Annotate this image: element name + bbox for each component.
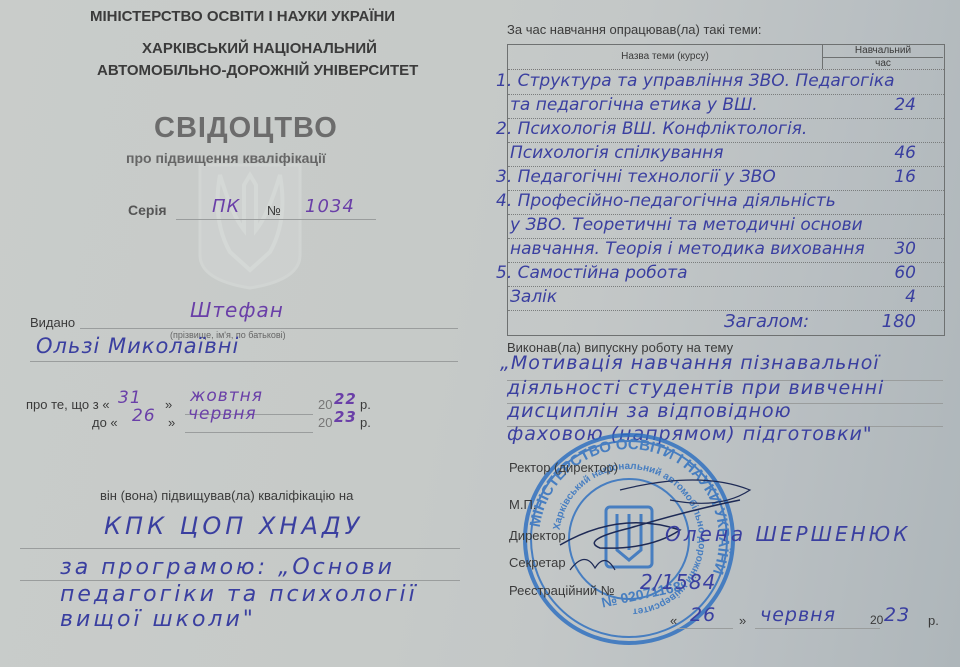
table-row-hours: 30 bbox=[894, 239, 916, 259]
rector-label: Ректор (директор) bbox=[509, 460, 618, 475]
to-day: 26 bbox=[132, 406, 156, 426]
series-label: Серія bbox=[128, 202, 167, 218]
thesis-line2: діяльності студентів при вивченні bbox=[507, 377, 884, 399]
issue-year-suffix: р. bbox=[928, 613, 939, 628]
table-row-hours: 60 bbox=[894, 263, 916, 283]
table-row-topic: навчання. Теорія і методика виховання bbox=[510, 239, 865, 259]
table-row-topic: у ЗВО. Теоретичні та методичні основи bbox=[510, 215, 863, 235]
issue-quote-open: « bbox=[670, 613, 677, 628]
to-year-suffix: р. bbox=[360, 415, 371, 430]
university-name-line1: ХАРКІВСЬКИЙ НАЦІОНАЛЬНИЙ bbox=[142, 40, 377, 57]
issue-month: червня bbox=[760, 604, 836, 626]
from-year: 22 bbox=[334, 390, 357, 408]
registration-value: 2/1584 bbox=[640, 570, 716, 594]
table-row-topic: 5. Самостійна робота bbox=[496, 263, 688, 283]
table-header: Назва теми (курсу) Навчальний час bbox=[508, 45, 944, 70]
col-hours-header-line2: час bbox=[823, 58, 943, 69]
certificate: МІНІСТЕРСТВО ОСВІТИ І НАУКИ УКРАЇНИ ХАРК… bbox=[0, 0, 960, 667]
issue-year: 23 bbox=[884, 604, 910, 626]
col-topic-header: Назва теми (курсу) bbox=[508, 45, 823, 69]
to-year-prefix: 20 bbox=[318, 415, 332, 430]
qualification-program-line2: педагогіки та психології bbox=[60, 582, 418, 607]
to-label: до « bbox=[92, 415, 118, 430]
to-quote-close: » bbox=[168, 415, 175, 430]
thesis-line1: „Мотивація навчання пізнавальної bbox=[500, 352, 880, 374]
qualification-program-line3: вищої школи" bbox=[60, 607, 256, 632]
total-hours: 180 bbox=[882, 311, 916, 332]
issued-label: Видано bbox=[30, 315, 75, 330]
issue-day: 26 bbox=[690, 604, 716, 626]
surname-value: Штефан bbox=[190, 298, 284, 322]
table-row-topic: 1. Структура та управління ЗВО. Педагогі… bbox=[496, 71, 895, 91]
table-row-topic: 4. Професійно-педагогічна діяльність bbox=[496, 191, 836, 211]
table-row-divider bbox=[508, 286, 944, 287]
table-row-hours: 46 bbox=[894, 143, 916, 163]
col-hours-header-line1: Навчальний bbox=[823, 45, 943, 58]
table-row-topic: 2. Психологія ВШ. Конфліктологія. bbox=[496, 119, 807, 139]
table-row-hours: 4 bbox=[905, 287, 916, 307]
topics-intro: За час навчання опрацював(ла) такі теми: bbox=[507, 22, 762, 37]
from-day: 31 bbox=[118, 388, 142, 408]
given-names-value: Ользі Миколаївні bbox=[36, 334, 239, 358]
director-name: Олена ШЕРШЕНЮК bbox=[665, 522, 910, 546]
table-row-topic: Психологія спілкування bbox=[510, 143, 723, 163]
table-row-topic: Залік bbox=[510, 287, 557, 307]
secretary-label: Секретар bbox=[509, 555, 566, 570]
number-label: № bbox=[267, 203, 281, 218]
table-row-topic: 3. Педагогічні технології у ЗВО bbox=[496, 167, 776, 187]
table-row-hours: 16 bbox=[894, 167, 916, 187]
qualification-institution: КПК ЦОП ХНАДУ bbox=[104, 512, 363, 540]
series-value: ПК bbox=[212, 196, 240, 217]
coat-of-arms-watermark-icon bbox=[190, 160, 310, 290]
from-year-prefix: 20 bbox=[318, 397, 332, 412]
issue-quote-close: » bbox=[739, 613, 746, 628]
ministry-heading: МІНІСТЕРСТВО ОСВІТИ І НАУКИ УКРАЇНИ bbox=[90, 8, 395, 25]
to-month: червня bbox=[188, 404, 257, 424]
from-label: про те, що з « bbox=[26, 397, 110, 412]
number-value: 1034 bbox=[305, 196, 355, 217]
director-label: Директор bbox=[509, 528, 566, 543]
from-quote-close: » bbox=[165, 397, 172, 412]
registration-label: Реєстраційний № bbox=[509, 583, 615, 598]
to-year: 23 bbox=[334, 408, 357, 426]
document-subtitle: про підвищення кваліфікації bbox=[126, 150, 326, 166]
from-year-suffix: р. bbox=[360, 397, 371, 412]
document-title: СВІДОЦТВО bbox=[154, 112, 338, 145]
from-month: жовтня bbox=[190, 386, 263, 406]
total-label: Загалом: bbox=[724, 311, 809, 332]
university-name-line2: АВТОМОБІЛЬНО-ДОРОЖНІЙ УНІВЕРСИТЕТ bbox=[97, 62, 418, 79]
topics-table: Назва теми (курсу) Навчальний час 1. Стр… bbox=[507, 44, 945, 336]
col-hours-header: Навчальний час bbox=[823, 45, 943, 69]
qualified-label: він (вона) підвищував(ла) кваліфікацію н… bbox=[100, 488, 353, 503]
issue-year-prefix: 20 bbox=[870, 613, 883, 627]
thesis-line3: дисциплін за відповідною bbox=[507, 400, 792, 422]
table-row-hours: 24 bbox=[894, 95, 916, 115]
seal-label: М.П. bbox=[509, 497, 536, 512]
table-row-topic: та педагогічна етика у ВШ. bbox=[510, 95, 758, 115]
qualification-program-line1: за програмою: „Основи bbox=[60, 555, 395, 580]
